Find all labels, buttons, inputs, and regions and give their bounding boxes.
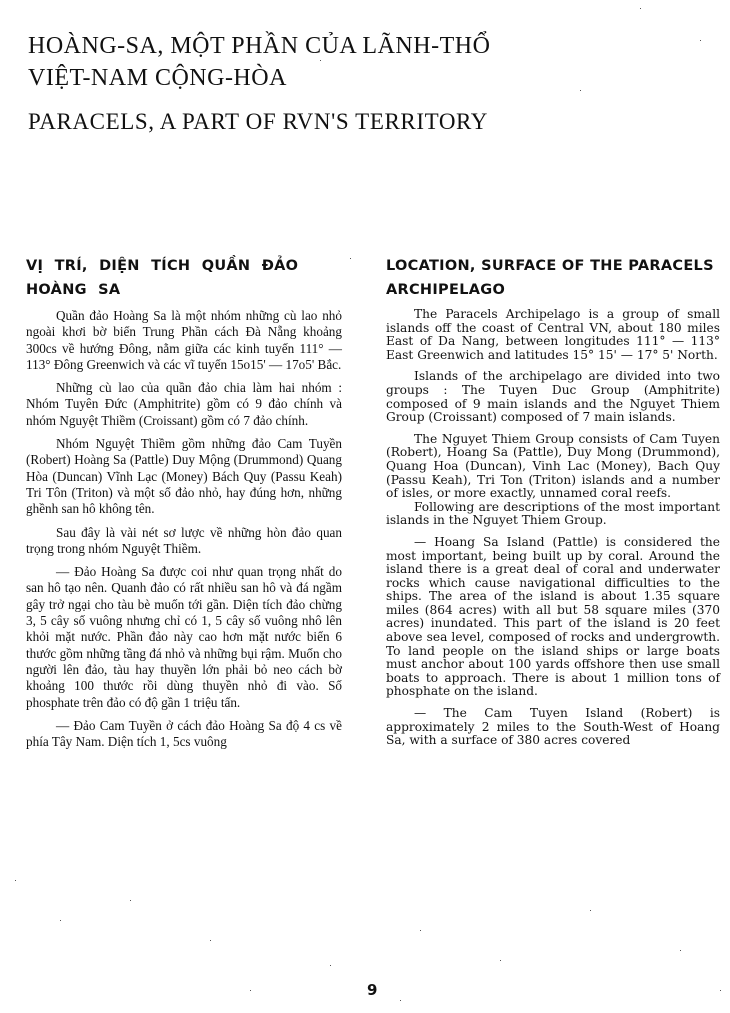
title-vn-line-2: VIỆT-NAM CỘNG-HÒA <box>28 62 708 94</box>
paragraph: Quần đảo Hoàng Sa là một nhóm những cù l… <box>26 308 342 373</box>
section-heading-vn: VỊ TRÍ, DIỆN TÍCH QUẦN ĐẢO HOÀNG SA <box>26 254 342 302</box>
document-title-english: PARACELS, A PART OF RVN'S TERRITORY <box>28 108 708 136</box>
paragraph: Islands of the archipelago are divided i… <box>386 370 720 424</box>
paragraph: The Paracels Archipelago is a group of s… <box>386 308 720 362</box>
paragraph: The Nguyet Thiem Group consists of Cam T… <box>386 433 720 501</box>
paragraph: Nhóm Nguyệt Thiềm gồm những đảo Cam Tuyề… <box>26 436 342 517</box>
section-heading-en: LOCATION, SURFACE OF THE PARACELS ARCHIP… <box>386 254 720 302</box>
title-vn-line-1: HOÀNG-SA, MỘT PHẦN CỦA LÃNH-THỔ <box>28 30 708 62</box>
right-column-english: LOCATION, SURFACE OF THE PARACELS ARCHIP… <box>386 254 720 756</box>
paragraph: Những cù lao của quần đảo chia làm hai n… <box>26 380 342 429</box>
paragraph: Following are descriptions of the most i… <box>386 501 720 528</box>
paragraph: — The Cam Tuyen Island (Robert) is appro… <box>386 707 720 748</box>
paragraph: — Đảo Hoàng Sa được coi như quan trọng n… <box>26 564 342 711</box>
paragraph: Sau đây là vài nét sơ lược về những hòn … <box>26 525 342 558</box>
left-column-vietnamese: VỊ TRÍ, DIỆN TÍCH QUẦN ĐẢO HOÀNG SA Quần… <box>26 254 342 757</box>
page-number: 9 <box>367 981 377 999</box>
document-title-vietnamese: HOÀNG-SA, MỘT PHẦN CỦA LÃNH-THỔ VIỆT-NAM… <box>28 30 708 94</box>
paragraph: — Hoang Sa Island (Pattle) is considered… <box>386 536 720 699</box>
paragraph: — Đảo Cam Tuyền ở cách đảo Hoàng Sa độ 4… <box>26 718 342 751</box>
